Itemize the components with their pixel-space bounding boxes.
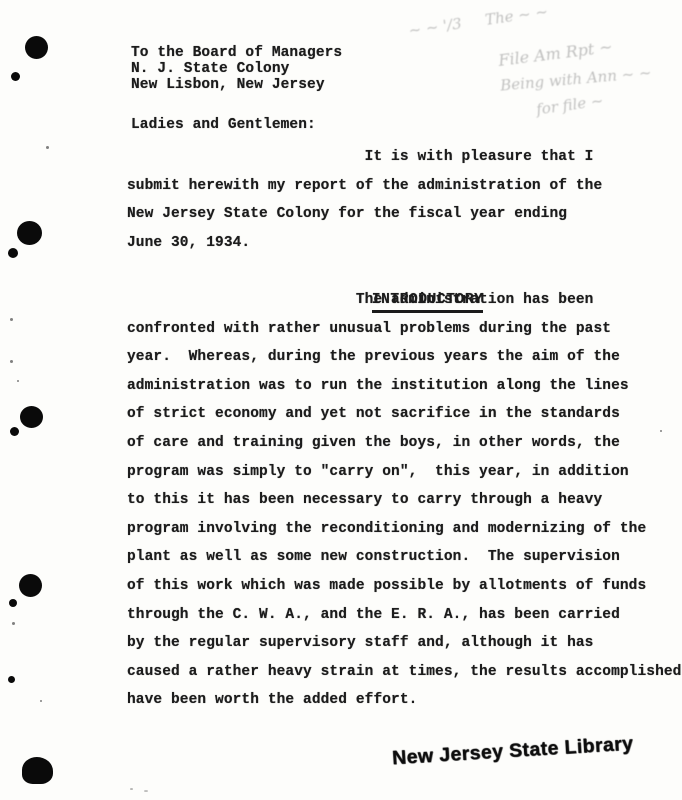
document-line: The administration has been [127, 286, 682, 315]
paper-speck [46, 146, 49, 149]
handwritten-note-line: for file ~ [535, 91, 604, 118]
section-heading-line: INTRODUCTORY [127, 257, 682, 286]
salutation: Ladies and Gentlemen: [131, 116, 316, 134]
letter-body: It is with pleasure that I submit herewi… [127, 143, 682, 715]
ink-blob [9, 599, 17, 607]
document-line: program involving the reconditioning and… [127, 515, 682, 544]
document-line: submit herewith my report of the adminis… [127, 172, 682, 201]
handwritten-note-line: ~ ~ '/3 The ~ ~ [407, 2, 549, 39]
handwritten-note-line: Being with Ann ~ ~ [500, 63, 653, 94]
ink-blob [25, 36, 48, 59]
document-line: to this it has been necessary to carry t… [127, 486, 682, 515]
document-line: caused a rather heavy strain at times, t… [127, 658, 682, 687]
ink-blob [17, 221, 42, 245]
recipient-line: New Lisbon, New Jersey [131, 78, 342, 94]
paper-speck [130, 788, 133, 790]
document-line: have been worth the added effort. [127, 686, 682, 715]
library-stamp: New Jersey State Library [392, 733, 635, 771]
handwritten-note-line: File Am Rpt ~ [497, 37, 613, 70]
recipient-line: To the Board of Managers [131, 46, 342, 62]
document-line: of care and training given the boys, in … [127, 429, 682, 458]
paper-speck [12, 622, 15, 625]
paper-speck [10, 360, 13, 363]
paper-speck [40, 700, 42, 702]
document-line: confronted with rather unusual problems … [127, 315, 682, 344]
document-line: It is with pleasure that I [127, 143, 682, 172]
document-line: year. Whereas, during the previous years… [127, 343, 682, 372]
document-line: June 30, 1934. [127, 229, 682, 258]
document-line: by the regular supervisory staff and, al… [127, 629, 682, 658]
recipient-line: N. J. State Colony [131, 62, 342, 78]
document-line: of this work which was made possible by … [127, 572, 682, 601]
recipient-address: To the Board of Managers N. J. State Col… [131, 46, 342, 93]
document-line: of strict economy and yet not sacrifice … [127, 400, 682, 429]
ink-blob [19, 574, 42, 597]
document-line: through the C. W. A., and the E. R. A., … [127, 601, 682, 630]
document-line: program was simply to "carry on", this y… [127, 458, 682, 487]
ink-blob [11, 72, 20, 81]
ink-blob [10, 427, 19, 436]
paper-speck [10, 318, 13, 321]
document-line: New Jersey State Colony for the fiscal y… [127, 200, 682, 229]
paper-speck [17, 380, 19, 382]
ink-blob [8, 248, 18, 258]
scanned-document-page: ~ ~ '/3 The ~ ~ File Am Rpt ~ Being with… [0, 0, 682, 800]
ink-blob [8, 676, 15, 683]
document-line: administration was to run the institutio… [127, 372, 682, 401]
document-line: plant as well as some new construction. … [127, 543, 682, 572]
paper-speck [144, 790, 148, 792]
ink-blob [22, 757, 53, 784]
ink-blob [20, 406, 43, 428]
